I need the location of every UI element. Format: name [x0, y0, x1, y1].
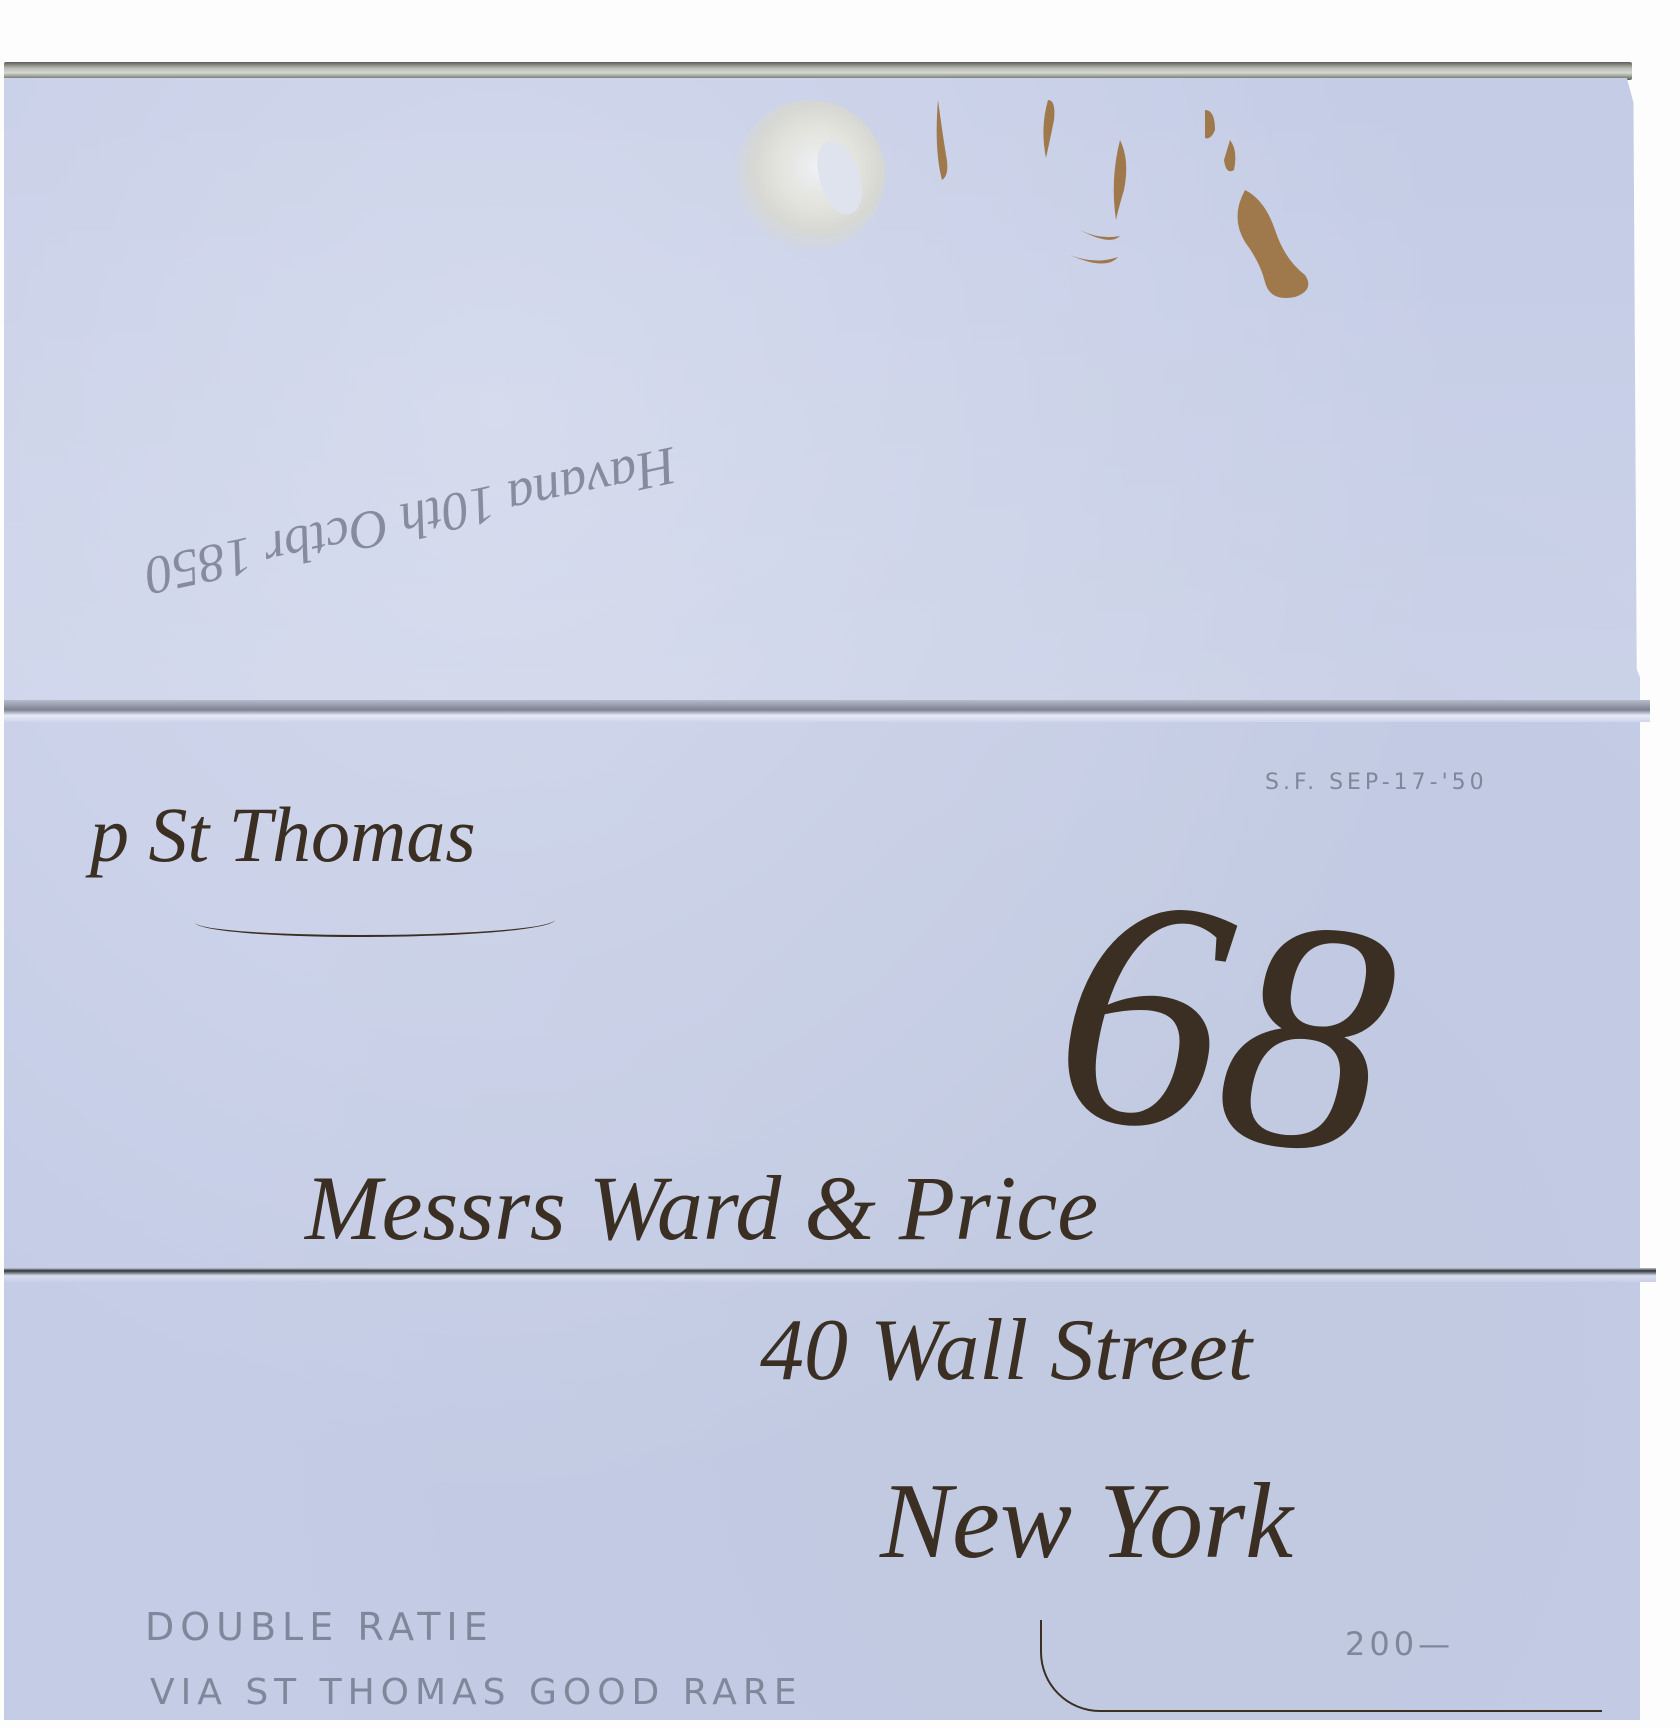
pencil-note-double-rate: DOUBLE RATIE — [145, 1605, 494, 1649]
ink-stain-icon — [900, 80, 1350, 300]
fold-crease-upper — [4, 700, 1650, 722]
route-endorsement: p St Thomas — [90, 790, 476, 880]
street-address: 40 Wall Street — [760, 1300, 1252, 1401]
city: New York — [880, 1460, 1293, 1584]
pencil-note-via-st-thomas: VIA ST THOMAS GOOD RARE — [150, 1672, 803, 1713]
paper-top-edge — [4, 62, 1632, 80]
fold-crease-lower — [4, 1268, 1656, 1282]
price-note: 200— — [1345, 1625, 1454, 1663]
addressee: Messrs Ward & Price — [305, 1155, 1098, 1261]
sf-date-note: S.F. SEP-17-'50 — [1265, 770, 1488, 795]
wax-seal-icon — [735, 100, 885, 250]
city-flourish — [1040, 1620, 1602, 1712]
